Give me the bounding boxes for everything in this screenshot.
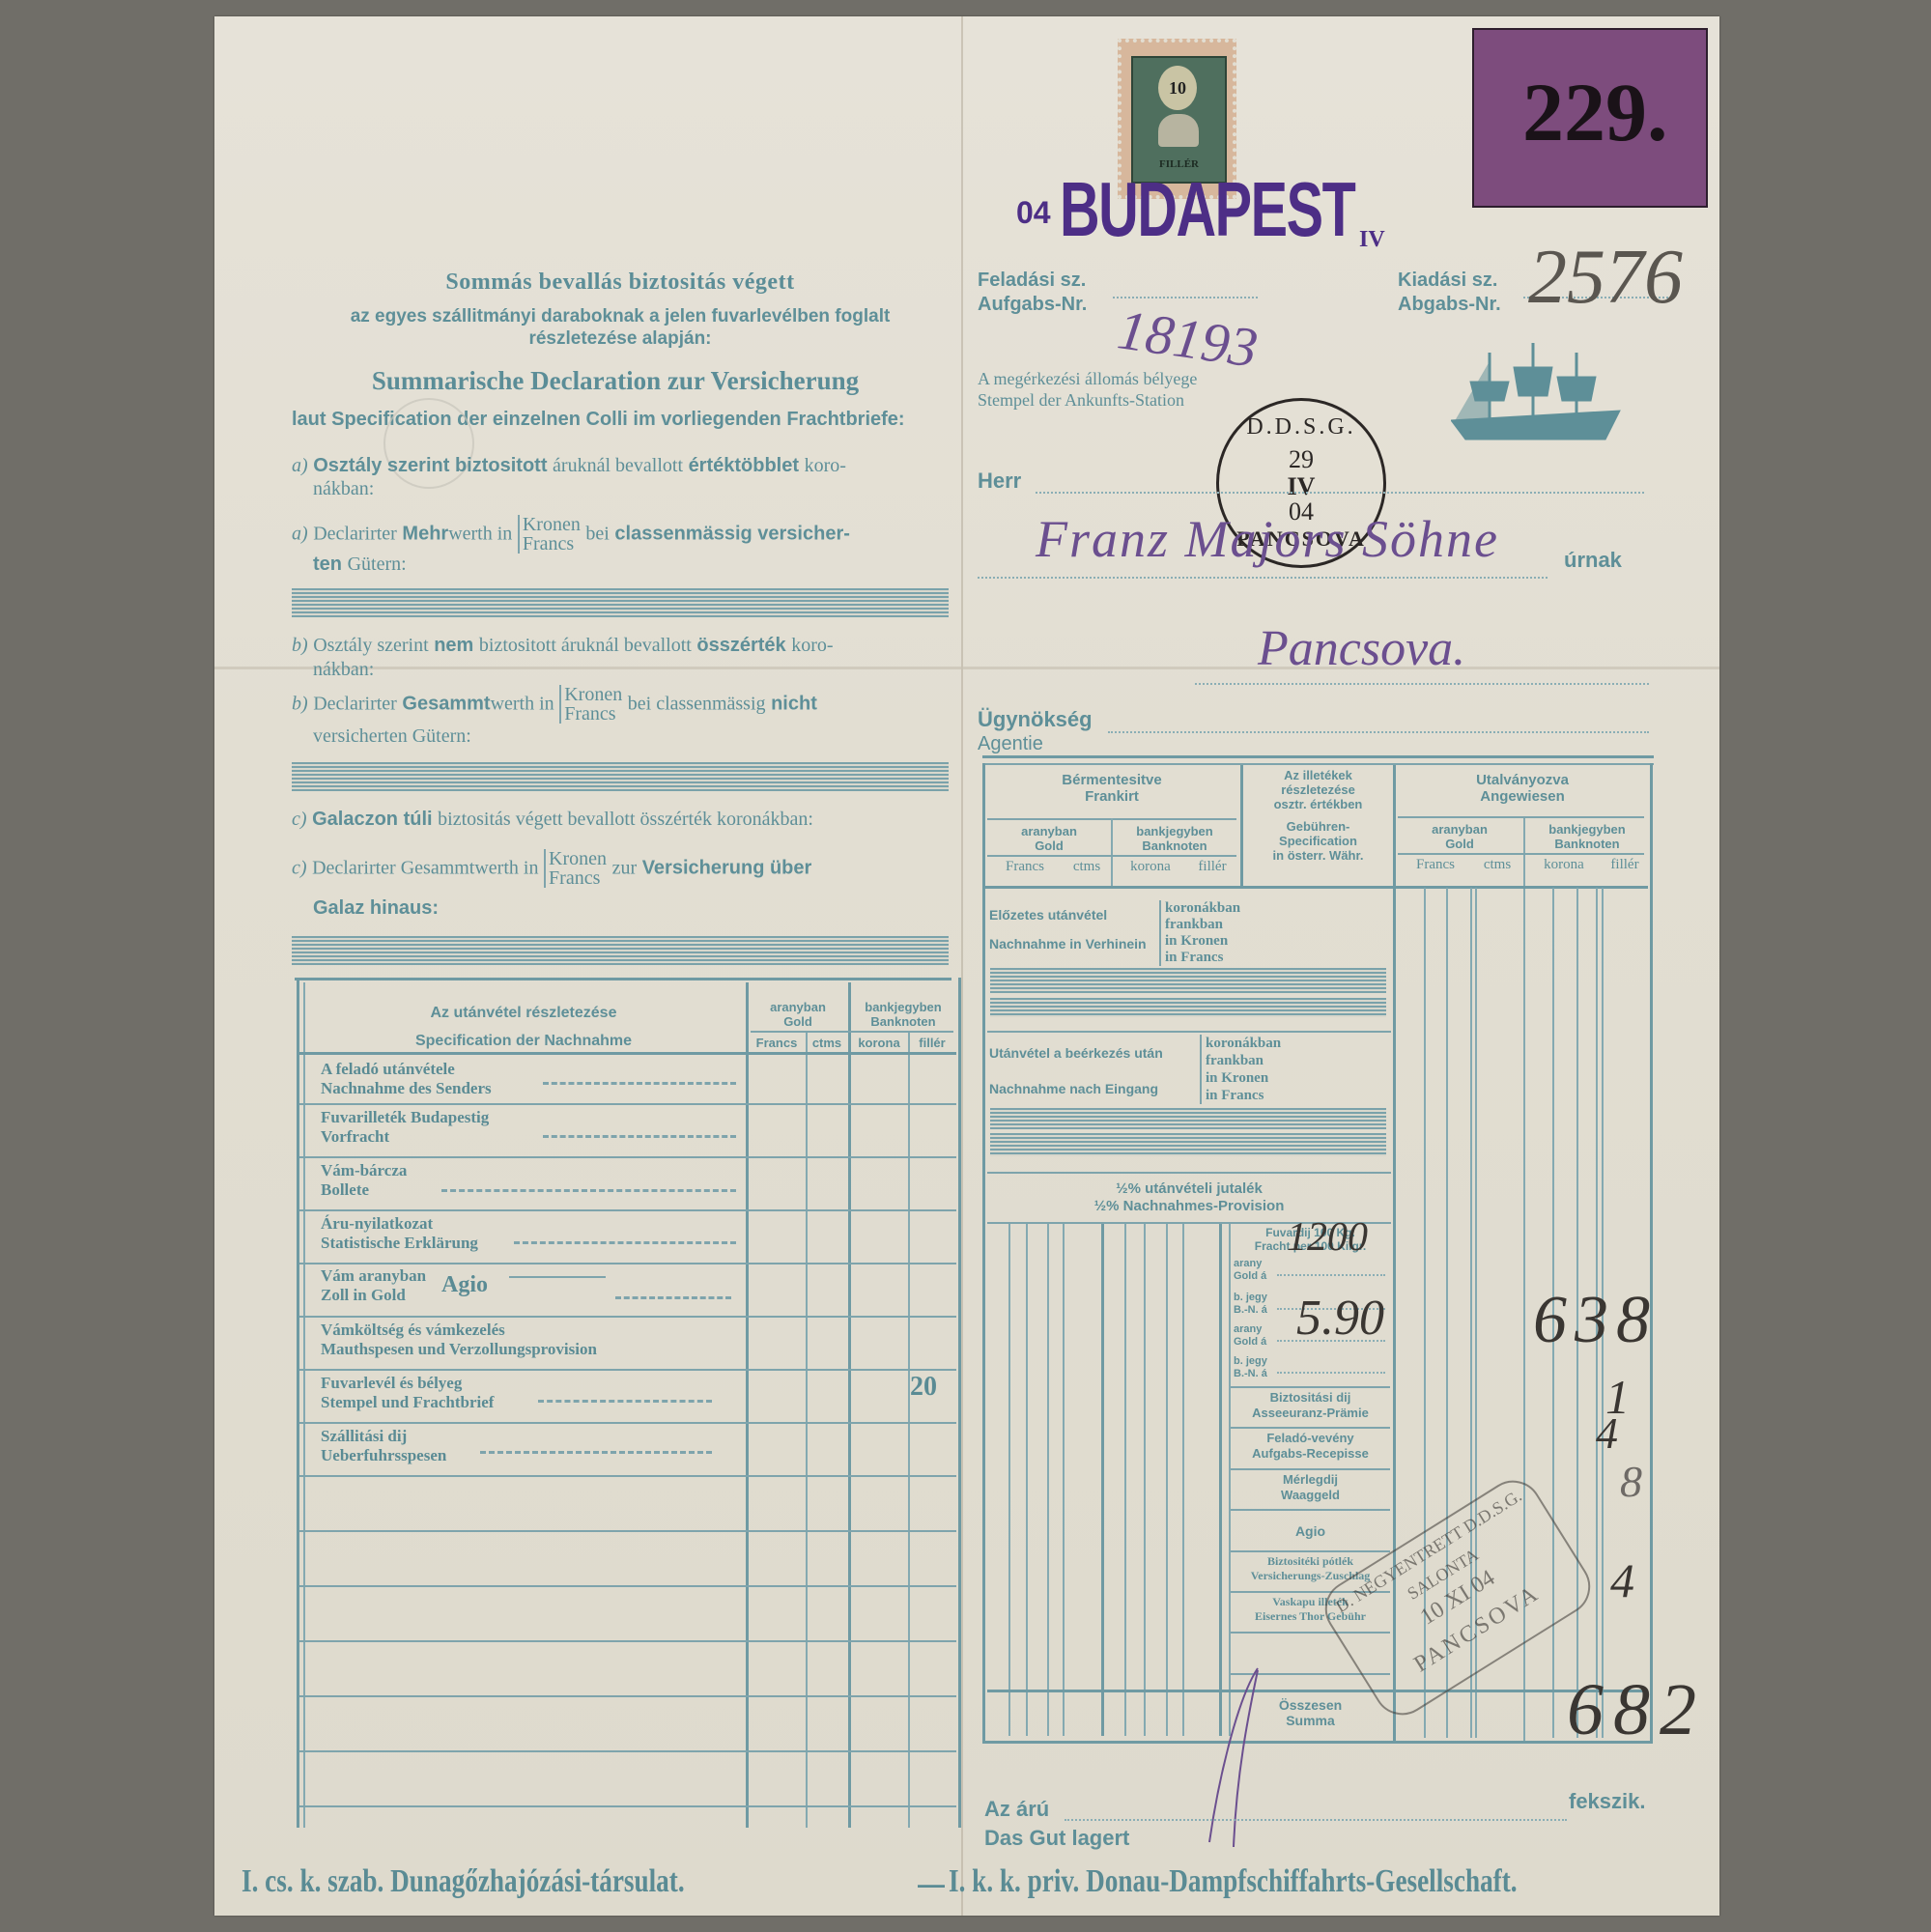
city-line <box>1195 683 1649 685</box>
clause-c-de: c) Declarirter Gesammtwerth in KronenFra… <box>292 849 958 888</box>
clause-c-hu: c) Galaczon túli biztositás végett beval… <box>292 809 958 831</box>
company-separator: — <box>918 1869 945 1900</box>
subtitle-hu-2: részletezése alapján: <box>287 328 953 350</box>
clause-b-de-line2: versicherten Gütern: <box>313 725 471 748</box>
herr-label: Herr <box>978 469 1021 494</box>
hw-weighing[interactable]: 8 <box>1620 1456 1642 1507</box>
crown-icon <box>1158 114 1199 147</box>
company-name-de: I. k. k. priv. Donau-Dampfschiffahrts-Ge… <box>949 1863 1518 1900</box>
row-2-label: Fuvarilleték BudapestigVorfracht <box>321 1108 489 1147</box>
waybill-document: Sommás bevallás biztositás végett az egy… <box>214 16 1719 1916</box>
subcol-ctms: ctms <box>806 1036 848 1050</box>
utanvetel-currencies: koronákbanfrankbanin Kronenin Francs <box>1200 1035 1281 1104</box>
hw-receipt[interactable]: 4 <box>1596 1407 1618 1459</box>
subtitle-hu-1: az egyes szállitmányi daraboknak a jelen… <box>287 306 953 327</box>
arrival-stamp-label-hu: A megérkezési állomás bélyege <box>978 369 1197 389</box>
angewiesen-gold: aranybanGold <box>1398 822 1521 851</box>
agency-label-de: Agentie <box>978 733 1043 755</box>
fekszik-label: fekszik. <box>1569 1789 1646 1814</box>
recipient-city[interactable]: Pancsova. <box>1258 620 1465 677</box>
table-header-hu: Az utánvétel részletezése <box>306 1005 741 1022</box>
feladasi-label-de: Aufgabs-Nr. <box>978 294 1087 316</box>
hatch-bar-a <box>292 588 949 617</box>
hatch-bar-c <box>292 936 949 965</box>
hatch-bar-b <box>292 762 949 791</box>
row-4-label: Áru-nyilatkozatStatistische Erklärung <box>321 1214 478 1253</box>
elozetes-hu: Előzetes utánvétel <box>989 907 1107 923</box>
subcol-korona: korona <box>850 1036 908 1050</box>
urnak-label: úrnak <box>1564 548 1622 573</box>
kiadasi-number[interactable]: 2576 <box>1528 234 1683 322</box>
hw-weight[interactable]: 1200 <box>1287 1214 1368 1261</box>
stamp-fee-filler: 20 <box>910 1372 937 1403</box>
stamp-frame: 10 FILLÉR <box>1131 56 1227 184</box>
budapest-postmark-suffix: IV <box>1359 227 1385 253</box>
horizontal-fold <box>214 667 1719 669</box>
fee-receipt: Feladó-vevényAufgabs-Recepisse <box>1231 1431 1390 1462</box>
frankirt-header: BérmentesitveFrankirt <box>985 772 1238 805</box>
title-de: Summarische Declaration zur Versicherung <box>282 366 949 396</box>
budapest-postmark-prefix: 04 <box>1016 195 1051 231</box>
clause-a-hu-line2: nákban: <box>313 478 374 500</box>
col-bank-top: bankjegyben <box>850 1000 956 1014</box>
recipient-line <box>978 577 1548 579</box>
col-bank-bottom: Banknoten <box>850 1014 956 1029</box>
company-name-hu: I. cs. k. szab. Dunagőzhajózási-társulat… <box>241 1863 685 1900</box>
kiadasi-label-hu: Kiadási sz. <box>1398 270 1497 292</box>
col-gold-top: aranyban <box>748 1000 848 1014</box>
elozetes-currencies: koronákbanfrankbanin Kronenin Francs <box>1159 900 1240 966</box>
kiadasi-label-de: Abgabs-Nr. <box>1398 294 1501 316</box>
cod-commission: ½% utánvételi jutalék½% Nachnahmes-Provi… <box>987 1180 1391 1215</box>
row-6-label: Vámköltség és vámkezelésMauthspesen und … <box>321 1321 597 1359</box>
recipient-name[interactable]: Franz Majors Söhne <box>1036 509 1499 569</box>
agio-label: Agio <box>441 1272 488 1298</box>
clause-b-de: b) Declarirter Gesammtwerth in KronenFra… <box>292 685 958 724</box>
row-7-label: Fuvarlevél és bélyegStempel und Frachtbr… <box>321 1374 494 1412</box>
fees-spec-header: Az illetékekrészletezéseosztr. értékben … <box>1243 768 1393 863</box>
number-label: 229. <box>1472 28 1708 208</box>
hw-total[interactable]: 682 <box>1567 1668 1706 1752</box>
vertical-fold <box>961 16 963 1916</box>
herr-line <box>1036 492 1644 494</box>
frankirt-gold: aranybanGold <box>987 824 1111 853</box>
goods-location-line <box>1065 1819 1567 1821</box>
budapest-postmark-city: BUDAPEST <box>1060 171 1354 248</box>
agency-line <box>1108 731 1649 733</box>
goods-label-de: Das Gut lagert <box>984 1826 1129 1851</box>
utanvetel-de: Nachnahme nach Eingang <box>989 1081 1158 1096</box>
subcol-filler: fillér <box>908 1036 956 1050</box>
row-5-label: Vám aranybanZoll in Gold <box>321 1266 426 1305</box>
elozetes-de: Nachnahme in Verhinein <box>989 936 1147 952</box>
clause-b-hu-line2: nákban: <box>313 659 374 681</box>
label-number-text: 229. <box>1522 69 1668 156</box>
table-header-de: Specification der Nachnahme <box>306 1033 741 1050</box>
stamp-value: 10 <box>1158 66 1197 110</box>
clause-c-de-line2: Galaz hinaus: <box>313 897 439 920</box>
feladasi-number[interactable]: 18193 <box>1114 297 1262 381</box>
fee-weighing: MérlegdijWaaggeld <box>1231 1472 1390 1503</box>
purple-pencil-mark <box>1200 1659 1267 1852</box>
hw-surcharge[interactable]: 4 <box>1610 1552 1634 1608</box>
clause-b-hu: b) Osztály szerint nem biztositott árukn… <box>292 635 958 657</box>
fee-agio: Agio <box>1231 1523 1390 1539</box>
angewiesen-bank: bankjegybenBanknoten <box>1526 822 1648 851</box>
subcol-francs: Francs <box>748 1036 806 1050</box>
arrival-stamp-label-de: Stempel der Ankunfts-Station <box>978 390 1184 411</box>
row-1-label: A feladó utánvételeNachnahme des Senders <box>321 1060 492 1098</box>
frankirt-bank: bankjegybenBanknoten <box>1113 824 1236 853</box>
hw-rate[interactable]: 5.90 <box>1296 1290 1384 1347</box>
agency-label-hu: Ügynökség <box>978 707 1093 732</box>
hw-freight-amount[interactable]: 638 <box>1533 1282 1658 1359</box>
angewiesen-header: UtalványozvaAngewiesen <box>1397 772 1648 805</box>
clause-a-de: a) Declarirter Mehrwerth in KronenFrancs… <box>292 515 958 554</box>
row-8-label: Szállitási dijUeberfuhrsspesen <box>321 1427 446 1465</box>
clause-a-de-line2: ten Gütern: <box>313 554 407 576</box>
steamship-icon <box>1451 343 1625 449</box>
col-gold-bottom: Gold <box>748 1014 848 1029</box>
fee-insurance: Biztositási dijAsseeuranz-Prämie <box>1231 1390 1390 1421</box>
goods-label-hu: Az árú <box>984 1797 1049 1822</box>
clause-a-hu: a) Osztály szerint biztositott áruknál b… <box>292 455 958 477</box>
row-3-label: Vám-bárczaBollete <box>321 1161 407 1200</box>
title-hu: Sommás bevallás biztositás végett <box>292 270 949 296</box>
feladasi-label-hu: Feladási sz. <box>978 270 1086 292</box>
utanvetel-hu: Utánvétel a beérkezés után <box>989 1045 1163 1061</box>
